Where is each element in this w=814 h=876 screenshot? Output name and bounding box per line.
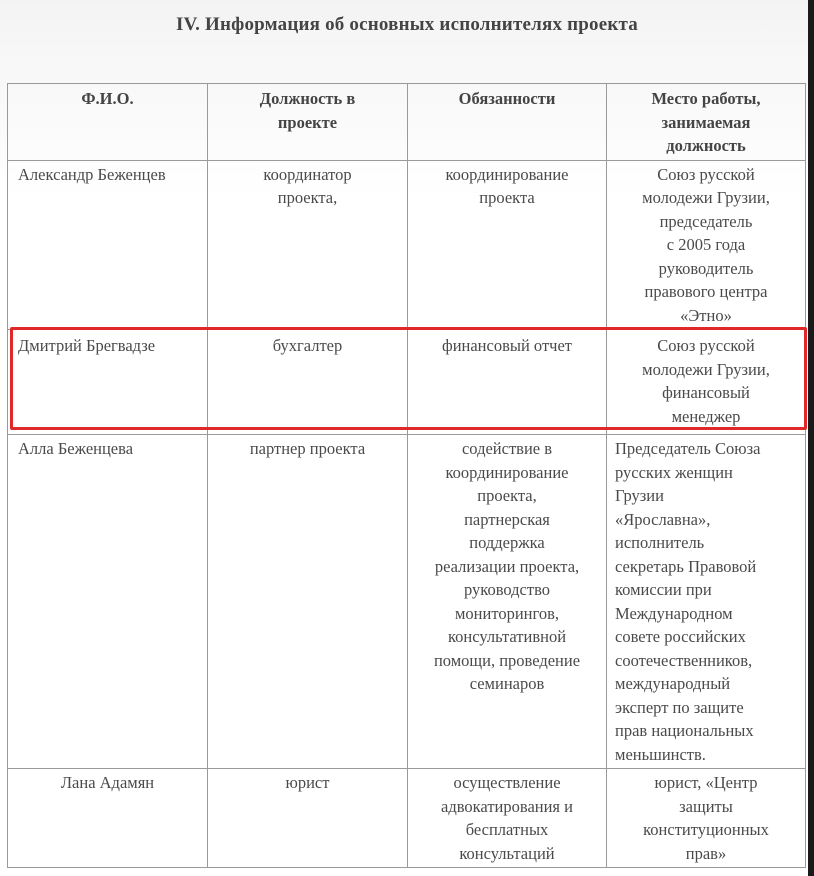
cell-line: должность bbox=[613, 134, 799, 158]
cell-line: совете российских bbox=[615, 625, 799, 649]
cell-line: Союз русской bbox=[613, 163, 799, 187]
cell-line: финансовый bbox=[613, 381, 799, 405]
scan-edge-strip bbox=[808, 0, 814, 876]
cell-workplace: Союз русскоймолодежи Грузии,финансовыйме… bbox=[607, 330, 806, 435]
cell-line: партнерская bbox=[414, 508, 600, 532]
cell-line: мониторингов, bbox=[414, 602, 600, 626]
cell-workplace: Союз русскоймолодежи Грузии,председатель… bbox=[607, 160, 806, 330]
cell-line: координирование bbox=[414, 461, 600, 485]
table-header-row: Ф.И.О. Должность впроекте Обязанности Ме… bbox=[8, 84, 806, 161]
cell-line: семинаров bbox=[414, 672, 600, 696]
cell-line: осуществление bbox=[414, 771, 600, 795]
cell-line: Место работы, bbox=[613, 87, 799, 111]
table-row: Александр Беженцев координаторпроекта, к… bbox=[8, 160, 806, 330]
cell-line: руководитель bbox=[613, 257, 799, 281]
cell-line: партнер проекта bbox=[214, 437, 401, 461]
cell-role: партнер проекта bbox=[208, 435, 408, 769]
cell-duties: содействие вкоординированиепроекта,партн… bbox=[408, 435, 607, 769]
cell-line: Обязанности bbox=[414, 87, 600, 111]
cell-duties: координированиепроекта bbox=[408, 160, 607, 330]
cell-line: юрист bbox=[214, 771, 401, 795]
cell-line: комиссии при bbox=[615, 578, 799, 602]
cell-line: конституционных bbox=[613, 818, 799, 842]
cell-line: защиты bbox=[613, 795, 799, 819]
executors-table: Ф.И.О. Должность впроекте Обязанности Ме… bbox=[7, 83, 806, 868]
cell-line: Союз русской bbox=[613, 334, 799, 358]
cell-line: секретарь Правовой bbox=[615, 555, 799, 579]
cell-line: помощи, проведение bbox=[414, 649, 600, 673]
cell-workplace: Председатель Союзарусских женщинГрузии«Я… bbox=[607, 435, 806, 769]
cell-line: «Ярославна», bbox=[615, 508, 799, 532]
cell-name: Алла Беженцева bbox=[8, 435, 208, 769]
cell-line: соотечественников, bbox=[615, 649, 799, 673]
cell-line: проекта, bbox=[414, 484, 600, 508]
cell-line: правового центра bbox=[613, 280, 799, 304]
cell-line: русских женщин bbox=[615, 461, 799, 485]
cell-line: адвокатирования и bbox=[414, 795, 600, 819]
cell-line: Должность в bbox=[214, 87, 401, 111]
header-workplace: Место работы,занимаемаядолжность bbox=[607, 84, 806, 161]
cell-line: с 2005 года bbox=[613, 233, 799, 257]
cell-line: эксперт по защите bbox=[615, 696, 799, 720]
cell-line: «Этно» bbox=[613, 304, 799, 328]
table-row: Алла Беженцева партнер проекта содействи… bbox=[8, 435, 806, 769]
cell-role: координаторпроекта, bbox=[208, 160, 408, 330]
cell-line: молодежи Грузии, bbox=[613, 186, 799, 210]
cell-role: бухгалтер bbox=[208, 330, 408, 435]
section-title: IV. Информация об основных исполнителях … bbox=[0, 14, 814, 36]
cell-workplace: юрист, «Центрзащитыконституционныхправ» bbox=[607, 769, 806, 868]
cell-line: бесплатных bbox=[414, 818, 600, 842]
cell-line: прав» bbox=[613, 842, 799, 866]
cell-line: содействие в bbox=[414, 437, 600, 461]
cell-duties: финансовый отчет bbox=[408, 330, 607, 435]
cell-name: Лана Адамян bbox=[8, 769, 208, 868]
cell-line: реализации проекта, bbox=[414, 555, 600, 579]
cell-line: проекта, bbox=[214, 186, 401, 210]
cell-line: юрист, «Центр bbox=[613, 771, 799, 795]
cell-line: бухгалтер bbox=[214, 334, 401, 358]
cell-line: Международном bbox=[615, 602, 799, 626]
header-role: Должность впроекте bbox=[208, 84, 408, 161]
cell-line: проекта bbox=[414, 186, 600, 210]
cell-line: Ф.И.О. bbox=[14, 87, 201, 111]
cell-line: занимаемая bbox=[613, 111, 799, 135]
cell-name: Дмитрий Брегвадзе bbox=[8, 330, 208, 435]
cell-line: меньшинств. bbox=[615, 743, 799, 767]
cell-line: международный bbox=[615, 672, 799, 696]
cell-line: поддержка bbox=[414, 531, 600, 555]
cell-line: координатор bbox=[214, 163, 401, 187]
cell-duties: осуществлениеадвокатирования ибесплатных… bbox=[408, 769, 607, 868]
cell-role: юрист bbox=[208, 769, 408, 868]
cell-line: молодежи Грузии, bbox=[613, 358, 799, 382]
cell-line: руководство bbox=[414, 578, 600, 602]
cell-line: консультативной bbox=[414, 625, 600, 649]
cell-line: Председатель Союза bbox=[615, 437, 799, 461]
table-row-highlighted: Дмитрий Брегвадзе бухгалтер финансовый о… bbox=[8, 330, 806, 435]
table-row: Лана Адамян юрист осуществлениеадвокатир… bbox=[8, 769, 806, 868]
cell-name: Александр Беженцев bbox=[8, 160, 208, 330]
cell-line: исполнитель bbox=[615, 531, 799, 555]
cell-line: консультаций bbox=[414, 842, 600, 866]
cell-line: координирование bbox=[414, 163, 600, 187]
cell-line: Грузии bbox=[615, 484, 799, 508]
cell-line: прав национальных bbox=[615, 719, 799, 743]
cell-line: проекте bbox=[214, 111, 401, 135]
header-fio: Ф.И.О. bbox=[8, 84, 208, 161]
cell-line: менеджер bbox=[613, 405, 799, 429]
cell-line: финансовый отчет bbox=[414, 334, 600, 358]
cell-line: председатель bbox=[613, 210, 799, 234]
header-duties: Обязанности bbox=[408, 84, 607, 161]
